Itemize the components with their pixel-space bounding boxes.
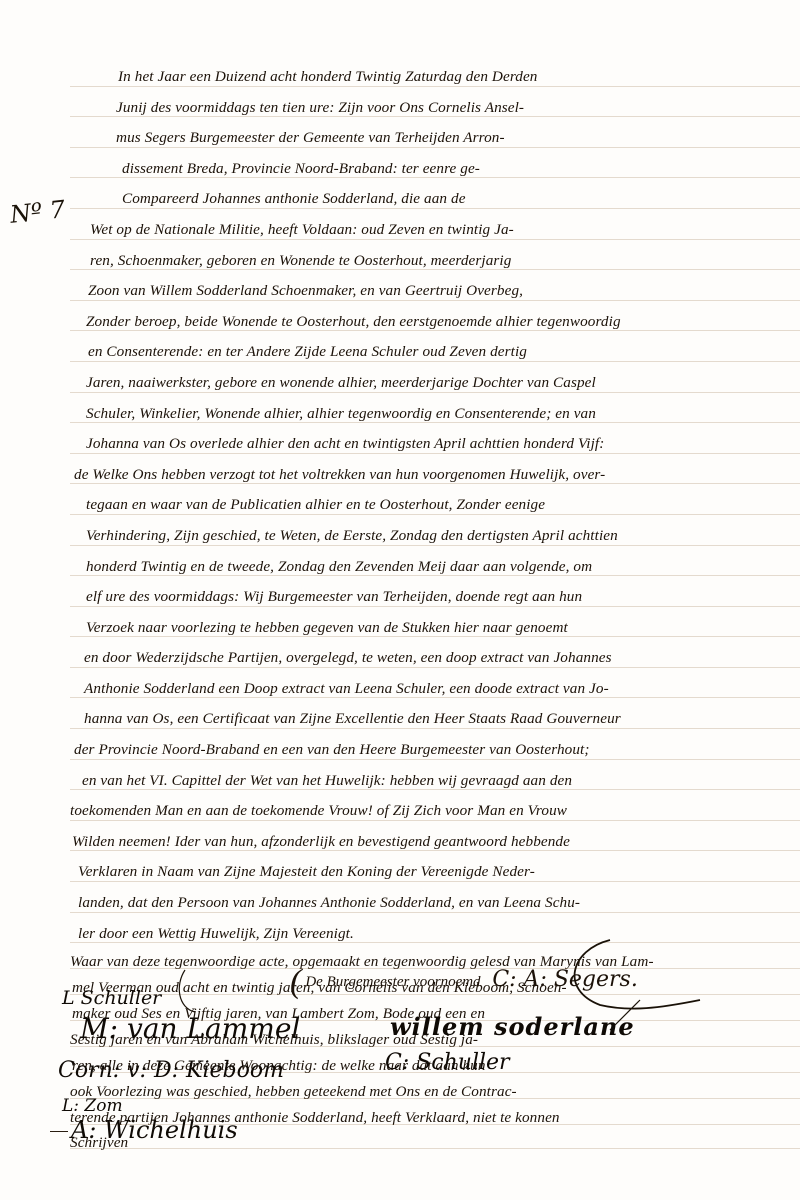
record-line: mus Segers Burgemeester der Gemeente van… (70, 123, 800, 154)
bracket-flourish-icon: ( (290, 963, 301, 1000)
mayor-signature: C: A: Segers. (492, 967, 638, 992)
record-line: en door Wederzijdsche Partijen, overgele… (70, 643, 800, 674)
record-line: hanna van Os, een Certificaat van Zijne … (70, 704, 800, 735)
record-line: ook Voorlezing was geschied, hebben gete… (70, 1079, 800, 1105)
signature-witness-2: Corn: v: D: Kieboom (58, 1058, 284, 1083)
record-line: Anthonie Sodderland een Doop extract van… (70, 674, 800, 705)
signature-witness-3: L: Zom (62, 1096, 123, 1116)
record-line: elf ure des voormiddags: Wij Burgemeeste… (70, 582, 800, 613)
record-line: tegaan en waar van de Publicatien alhier… (70, 490, 800, 521)
record-line: der Provincie Noord-Braband en een van d… (70, 735, 800, 766)
record-line: Verzoek naar voorlezing te hebben gegeve… (70, 613, 800, 644)
record-line: dissement Breda, Provincie Noord-Braband… (70, 154, 800, 185)
record-line: Compareerd Johannes anthonie Sodderland,… (122, 190, 466, 207)
record-line: Junij des voormiddags ten tien ure: Zijn… (70, 93, 800, 124)
signature-groom-father: willem soderlane (390, 1012, 635, 1041)
record-line: Wet op de Nationale Militie, heeft Volda… (70, 215, 800, 246)
record-line: Zonder beroep, beide Wonende te Oosterho… (70, 307, 800, 338)
mayor-closing: (De Burgemeester voornoemd C: A: Segers. (290, 963, 638, 1001)
signature-bride-father: C: Schuller (385, 1050, 510, 1075)
record-line: Verhindering, Zijn geschied, te Weten, d… (70, 521, 800, 552)
record-line: en van het VI. Capittel der Wet van het … (70, 766, 800, 797)
record-line: Zoon van Willem Sodderland Schoenmaker, … (70, 276, 800, 307)
record-line: Wilden neemen! Ider van hun, afzonderlij… (70, 827, 800, 858)
signature-witness-1: M: van Lammel (80, 1012, 300, 1045)
record-line-groom-name: Compareerd Johannes anthonie Sodderland,… (70, 184, 800, 215)
document-page: Nº 7 In het Jaar een Duizend acht honder… (0, 0, 800, 1200)
record-line: In het Jaar een Duizend acht honderd Twi… (70, 62, 800, 93)
mayor-title: De Burgemeester voornoemd (305, 974, 480, 990)
record-line: toekomenden Man en aan de toekomende Vro… (70, 796, 800, 827)
record-number: Nº 7 (9, 195, 67, 229)
signature-bride: L Schuller (62, 987, 161, 1009)
record-line: de Welke Ons hebben verzogt tot het volt… (70, 460, 800, 491)
record-line: ler door een Wettig Huwelijk, Zijn Veree… (70, 919, 800, 950)
signature-witness-4: A: Wichelhuis (50, 1116, 238, 1144)
record-line: Jaren, naaiwerkster, gebore en wonende a… (70, 368, 800, 399)
record-line: ren, Schoenmaker, geboren en Wonende te … (70, 246, 800, 277)
record-line: Johanna van Os overlede alhier den acht … (70, 429, 800, 460)
record-line: honderd Twintig en de tweede, Zondag den… (70, 552, 800, 583)
record-line: landen, dat den Persoon van Johannes Ant… (70, 888, 800, 919)
record-line: Verklaren in Naam van Zijne Majesteit de… (70, 857, 800, 888)
record-line: en Consenterende: en ter Andere Zijde Le… (70, 337, 800, 368)
record-line: Schuler, Winkelier, Wonende alhier, alhi… (70, 399, 800, 430)
